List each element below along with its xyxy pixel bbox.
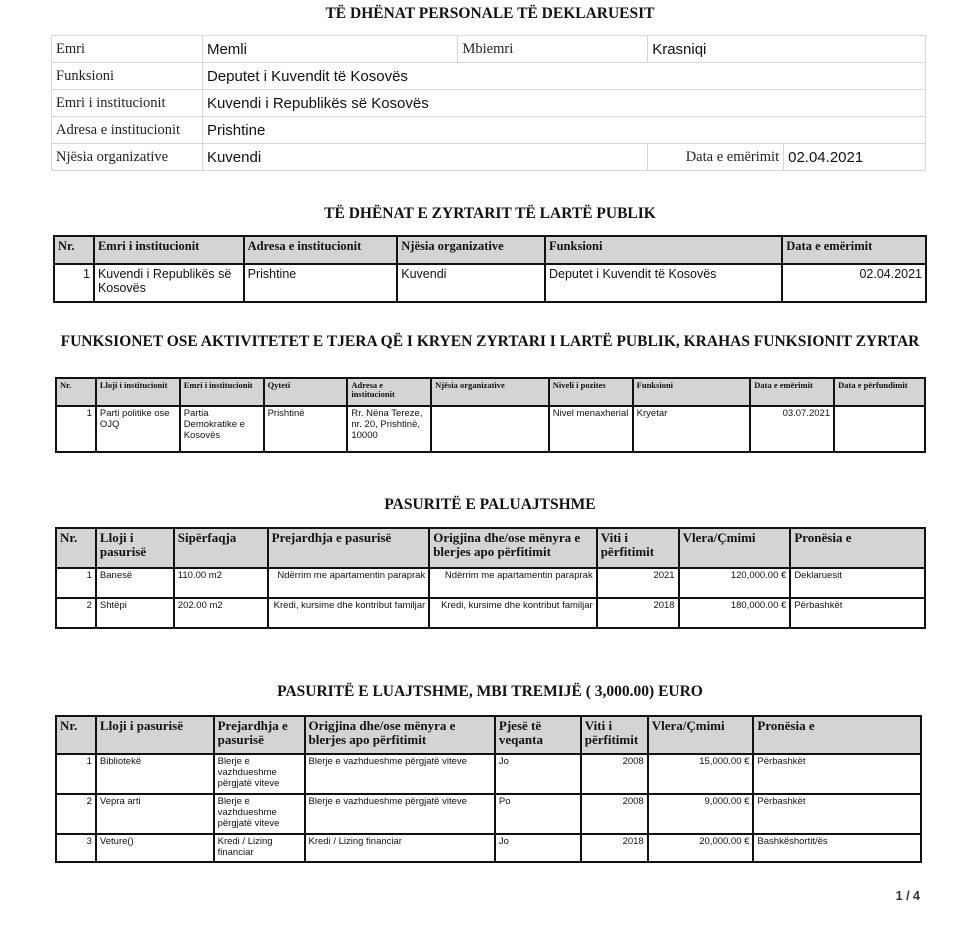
column-header: Vlera/Çmimi <box>648 716 754 754</box>
column-header: Nr. <box>56 716 96 754</box>
column-header: Prejardhja e pasurisë <box>268 528 430 568</box>
column-header: Lloji i institucionit <box>96 378 180 406</box>
table-row: 2 Shtëpi 202.00 m2 Kredi, kursime dhe ko… <box>56 598 925 628</box>
column-header: Lloji i pasurisë <box>96 716 214 754</box>
first-name-label: Emri <box>52 36 203 63</box>
column-header: Emri i institucionit <box>180 378 264 406</box>
table-row: 3 Veture() Kredi / Lizing financiar Kred… <box>56 834 921 862</box>
table-cell: 1 <box>56 406 96 452</box>
table-cell: 120,000.00 € <box>679 568 791 598</box>
column-header: Pjesë të veqanta <box>495 716 581 754</box>
appointment-date-label: Data e emërimit <box>648 144 784 171</box>
column-header: Data e përfundimit <box>834 378 925 406</box>
table-cell: Përbashkët <box>753 754 921 794</box>
table-cell: Deputet i Kuvendit të Kosovës <box>545 264 782 302</box>
movable-property-table: Nr. Lloji i pasurisë Prejardhja e pasuri… <box>55 715 922 863</box>
page-number: 1 / 4 <box>880 889 920 903</box>
table-cell: Kryetar <box>633 406 751 452</box>
table-cell: Veture() <box>96 834 214 862</box>
table-cell: Ndërrim me apartamentin paraprak <box>268 568 430 598</box>
column-header: Funksioni <box>545 236 782 264</box>
column-header: Emri i institucionit <box>94 236 244 264</box>
first-name-value: Memli <box>202 36 458 63</box>
column-header: Adresa e institucionit <box>244 236 398 264</box>
institution-address-value: Prishtine <box>202 117 925 144</box>
table-cell: 2 <box>56 794 96 834</box>
column-header: Funksioni <box>633 378 751 406</box>
immovable-property-table: Nr. Lloji i pasurisë Sipërfaqja Prejardh… <box>55 527 926 629</box>
table-cell: 9,000.00 € <box>648 794 754 834</box>
immovable-property-title: PASURITË E PALUAJTSHME <box>0 496 980 514</box>
column-header: Nr. <box>56 378 96 406</box>
function-value: Deputet i Kuvendit të Kosovës <box>202 63 925 90</box>
table-cell: Jo <box>495 834 581 862</box>
table-row: 1 Bibliotekë Blerje e vazhdueshme përgja… <box>56 754 921 794</box>
table-cell: Po <box>495 794 581 834</box>
official-data-title: TË DHËNAT E ZYRTARIT TË LARTË PUBLIK <box>0 205 980 223</box>
table-cell: Jo <box>495 754 581 794</box>
table-cell: 2008 <box>581 794 648 834</box>
column-header: Qyteti <box>264 378 348 406</box>
column-header: Njësia organizative <box>397 236 545 264</box>
table-cell: Blerje e vazhdueshme përgjatë viteve <box>214 754 305 794</box>
table-cell: Kuvendi <box>397 264 545 302</box>
table-cell: 2021 <box>597 568 679 598</box>
appointment-date-value: 02.04.2021 <box>784 144 926 171</box>
column-header: Data e emërimit <box>782 236 926 264</box>
table-cell: 02.04.2021 <box>782 264 926 302</box>
table-row: 2 Vepra arti Blerje e vazhdueshme përgja… <box>56 794 921 834</box>
function-label: Funksioni <box>52 63 203 90</box>
table-cell: Kredi / Lizing financiar <box>214 834 305 862</box>
personal-data-table: Emri Memli Mbiemri Krasniqi Funksioni De… <box>51 35 926 171</box>
last-name-value: Krasniqi <box>648 36 926 63</box>
table-cell: 20,000.00 € <box>648 834 754 862</box>
table-cell: Blerje e vazhdueshme përgjatë viteve <box>305 754 495 794</box>
column-header: Adresa e institucionit <box>347 378 431 406</box>
column-header: Origjina dhe/ose mënyra e blerjes apo pë… <box>305 716 495 754</box>
official-data-table: Nr. Emri i institucionit Adresa e instit… <box>53 235 927 303</box>
table-cell: Nivel menaxherial <box>549 406 633 452</box>
org-unit-label: Njësia organizative <box>52 144 203 171</box>
table-cell <box>834 406 925 452</box>
table-cell: Parti politike ose OJQ <box>96 406 180 452</box>
institution-name-value: Kuvendi i Republikës së Kosovës <box>202 90 925 117</box>
table-cell: 1 <box>56 754 96 794</box>
table-cell: Shtëpi <box>96 598 174 628</box>
movable-property-title: PASURITË E LUAJTSHME, MBI TREMIJË ( 3,00… <box>0 683 980 701</box>
table-cell: 03.07.2021 <box>750 406 834 452</box>
table-cell: Ndërrim me apartamentin paraprak <box>429 568 597 598</box>
column-header: Nr. <box>56 528 96 568</box>
last-name-label: Mbiemri <box>458 36 648 63</box>
table-cell: Kredi / Lizing financiar <box>305 834 495 862</box>
table-row: 1 Parti politike ose OJQ Partia Demokrat… <box>56 406 925 452</box>
column-header: Data e emërimit <box>750 378 834 406</box>
personal-data-title: TË DHËNAT PERSONALE TË DEKLARUESIT <box>0 5 980 23</box>
column-header: Prejardhja e pasurisë <box>214 716 305 754</box>
table-row: 1 Banesë 110.00 m2 Ndërrim me apartament… <box>56 568 925 598</box>
column-header: Sipërfaqja <box>174 528 268 568</box>
column-header: Njësia organizative <box>431 378 549 406</box>
table-cell: 15,000.00 € <box>648 754 754 794</box>
table-cell: 180,000.00 € <box>679 598 791 628</box>
other-functions-title: FUNKSIONET OSE AKTIVITETET E TJERA QË I … <box>60 332 920 351</box>
table-cell: Përbashkët <box>753 794 921 834</box>
table-cell: 2018 <box>581 834 648 862</box>
table-cell: 2018 <box>597 598 679 628</box>
table-row: 1 Kuvendi i Republikës së Kosovës Prisht… <box>54 264 926 302</box>
column-header: Lloji i pasurisë <box>96 528 174 568</box>
table-cell: Partia Demokratike e Kosovës <box>180 406 264 452</box>
table-cell: Përbashkët <box>790 598 925 628</box>
table-cell: Bibliotekë <box>96 754 214 794</box>
table-cell: Deklaruesit <box>790 568 925 598</box>
org-unit-value: Kuvendi <box>202 144 647 171</box>
institution-address-label: Adresa e institucionit <box>52 117 203 144</box>
table-cell: Blerje e vazhdueshme përgjatë viteve <box>305 794 495 834</box>
column-header: Niveli i pozites <box>549 378 633 406</box>
table-cell: 2 <box>56 598 96 628</box>
column-header: Nr. <box>54 236 94 264</box>
column-header: Pronësia e <box>790 528 925 568</box>
column-header: Vlera/Çmimi <box>679 528 791 568</box>
table-cell <box>431 406 549 452</box>
table-cell: Prishtine <box>244 264 398 302</box>
table-cell: 3 <box>56 834 96 862</box>
table-cell: 2008 <box>581 754 648 794</box>
table-cell: 1 <box>56 568 96 598</box>
column-header: Viti i përfitimit <box>581 716 648 754</box>
table-cell: Kredi, kursime dhe kontribut familjar <box>429 598 597 628</box>
column-header: Origjina dhe/ose mënyra e blerjes apo pë… <box>429 528 597 568</box>
table-cell: Rr. Nëna Tereze, nr. 20, Prishtinë, 1000… <box>347 406 431 452</box>
table-cell: 202.00 m2 <box>174 598 268 628</box>
table-cell: Kuvendi i Republikës së Kosovës <box>94 264 244 302</box>
table-cell: 1 <box>54 264 94 302</box>
column-header: Pronësia e <box>753 716 921 754</box>
table-cell: 110.00 m2 <box>174 568 268 598</box>
table-cell: Prishtinë <box>264 406 348 452</box>
other-functions-table: Nr. Lloji i institucionit Emri i institu… <box>55 377 926 453</box>
table-cell: Bashkëshortit/ës <box>753 834 921 862</box>
table-cell: Blerje e vazhdueshme përgjatë viteve <box>214 794 305 834</box>
table-cell: Banesë <box>96 568 174 598</box>
table-cell: Vepra arti <box>96 794 214 834</box>
table-cell: Kredi, kursime dhe kontribut familjar <box>268 598 430 628</box>
column-header: Viti i përfitimit <box>597 528 679 568</box>
institution-name-label: Emri i institucionit <box>52 90 203 117</box>
